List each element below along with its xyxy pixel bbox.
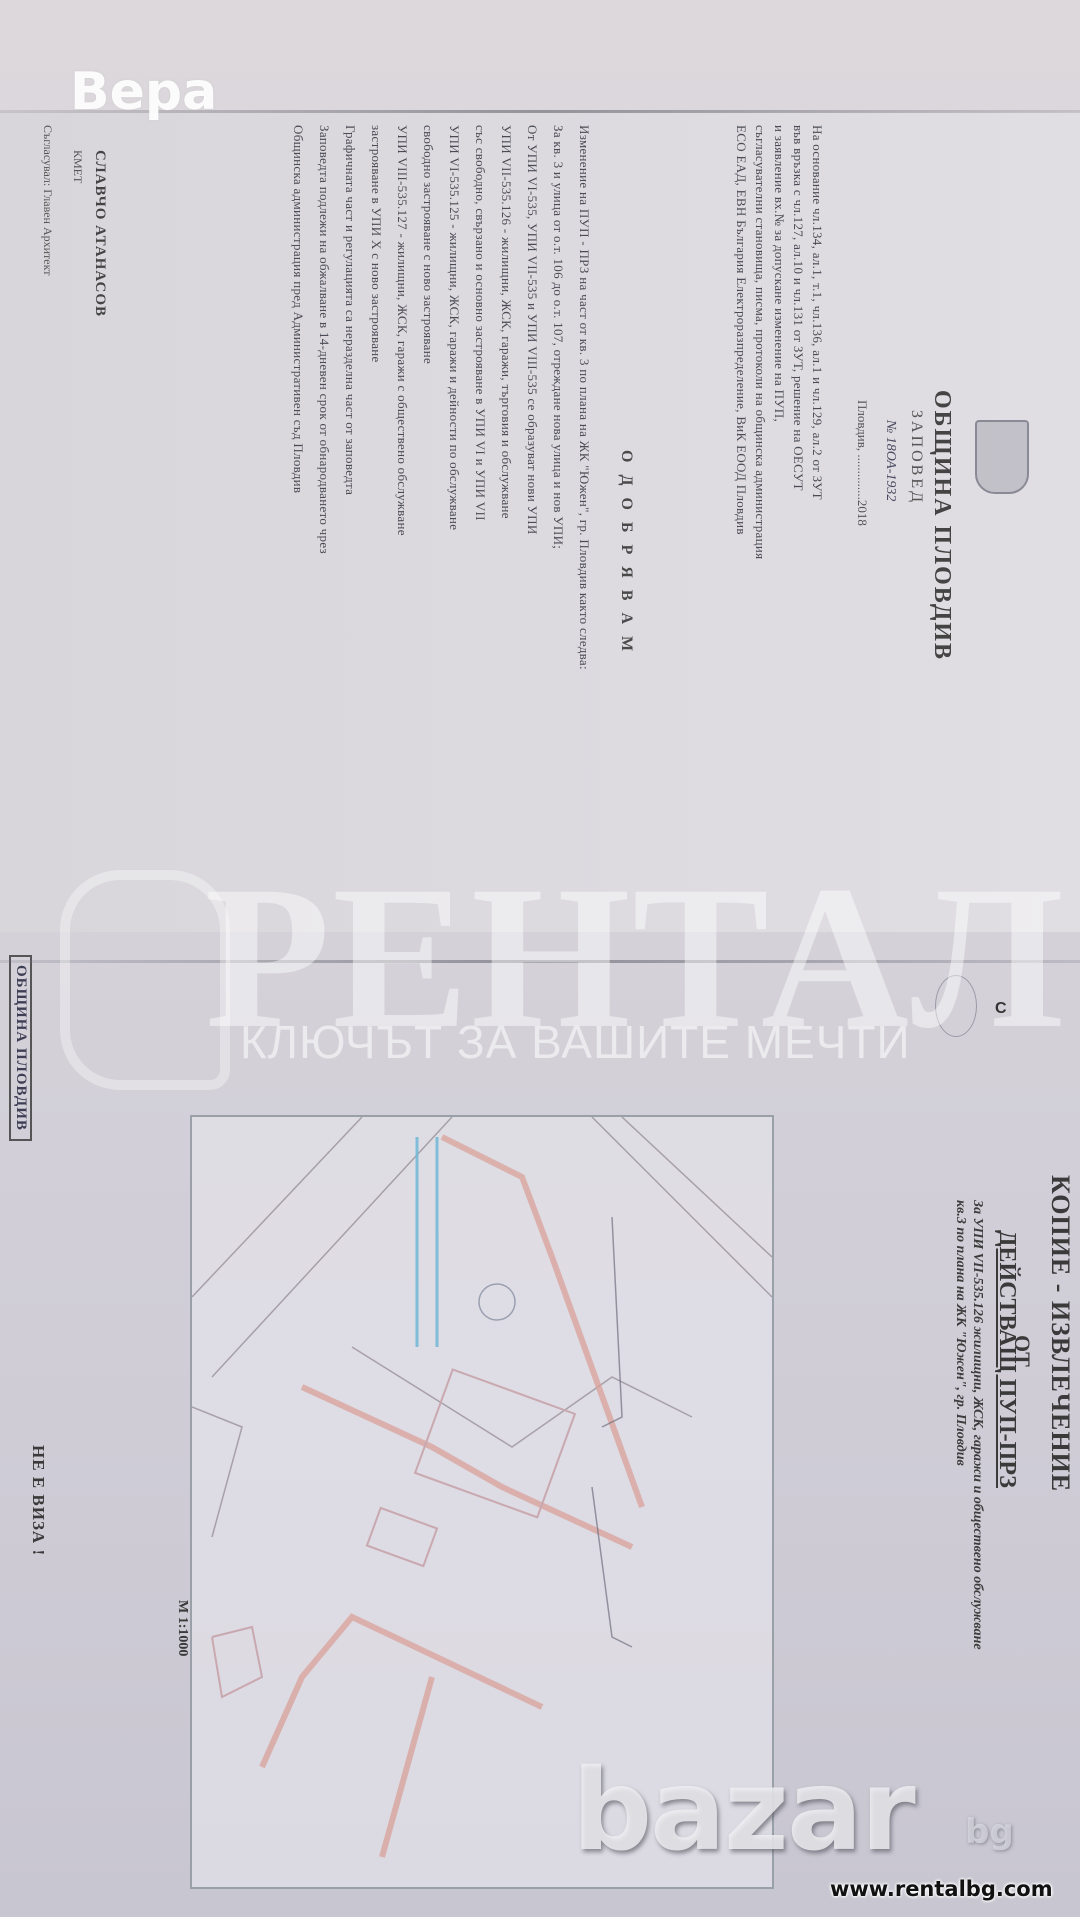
order-body-line: УПИ VII-535.126 - жилищни, ЖСК, гаражи, … — [498, 125, 514, 519]
preamble-line: и заявление вх.№ за допускане изменение … — [771, 125, 787, 422]
order-body-line: За кв. 3 и улица от о.т. 106 до о.т. 107… — [550, 125, 566, 549]
extract-subtitle-2: кв.3 по плана на ЖК "Южен", гр. Пловдив — [952, 1200, 968, 1466]
decree-heading: О Д О Б Р Я В А М — [617, 450, 635, 655]
order-date: Пловдив, ..............2018 — [854, 400, 870, 526]
plan-scale: М 1:1000 — [174, 1600, 190, 1656]
order-type-label: ЗАПОВЕД — [907, 410, 925, 505]
extract-subtitle-1: За УПИ VII-535.126 жилищни, ЖСК, гаражи … — [969, 1200, 985, 1650]
municipal-stamp: ОБЩИНА ПЛОВДИВ — [9, 955, 32, 1141]
order-body-line: свободно застрояване с ново застрояване — [420, 125, 436, 364]
coat-of-arms-icon — [975, 420, 1029, 494]
preamble-line: На основание чл.134, ал.1, т.1, чл.136, … — [809, 125, 825, 500]
order-body-line: УПИ VI-535.125 - жилищни, ЖСК, гаражи и … — [446, 125, 462, 530]
website-url-watermark[interactable]: www.rentalbg.com — [830, 1877, 1053, 1901]
order-body-line: Графичната част и регулацията са неразде… — [342, 125, 358, 495]
bazar-tld-watermark: bg — [965, 1812, 1014, 1852]
order-page — [0, 112, 1080, 932]
extract-plan-name: ДЕЙСТВАЩ ПУП-ПРЗ — [993, 1230, 1020, 1488]
order-number: № 18ОА-1932 — [882, 420, 898, 501]
preamble-line: във връзка с чл.127, ал.10 и чл.131 от З… — [790, 125, 806, 491]
order-body-line: УПИ VIII-535.127 - жилищни, ЖСК, гаражи … — [394, 125, 410, 536]
not-valid-notice: НЕ Е ВИЗА ! — [28, 1445, 48, 1556]
order-body-line: Изменение на ПУП - ПРЗ на част от кв. 3 … — [576, 125, 592, 670]
bazar-logo-watermark: bazar — [572, 1755, 914, 1867]
brand-tagline-watermark: КЛЮЧЪТ ЗА ВАШИТЕ МЕЧТИ — [240, 1015, 911, 1069]
signatory-role: КМЕТ — [70, 150, 85, 183]
order-body-line: застрояване в УПИ X с ново застрояване — [368, 125, 384, 363]
preamble-line: съгласувателни становища, писма, протоко… — [752, 125, 768, 559]
countersign-line: Съгласувал: Главен Архитект — [40, 125, 55, 276]
order-body-line: От УПИ VI-535, УПИ VII-535 и УПИ VIII-53… — [524, 125, 540, 535]
order-body-line: Заповедта подлежи на обжалване в 14-днев… — [316, 125, 332, 554]
order-body-line: Общинска администрация пред Администрати… — [290, 125, 306, 493]
extract-title: КОПИЕ - ИЗВЛЕЧЕНИЕ — [1045, 1175, 1075, 1492]
municipality-title: ОБЩИНА ПЛОВДИВ — [928, 390, 955, 661]
signatory-name: СЛАВЧО АТАНАСОВ — [91, 150, 108, 317]
preamble-line: ЕСО ЕАД, ЕВН България Електроразпределен… — [733, 125, 749, 535]
order-body-line: със свободно, свързано и основно застроя… — [472, 125, 488, 521]
agent-name-watermark: Вера — [70, 62, 217, 122]
